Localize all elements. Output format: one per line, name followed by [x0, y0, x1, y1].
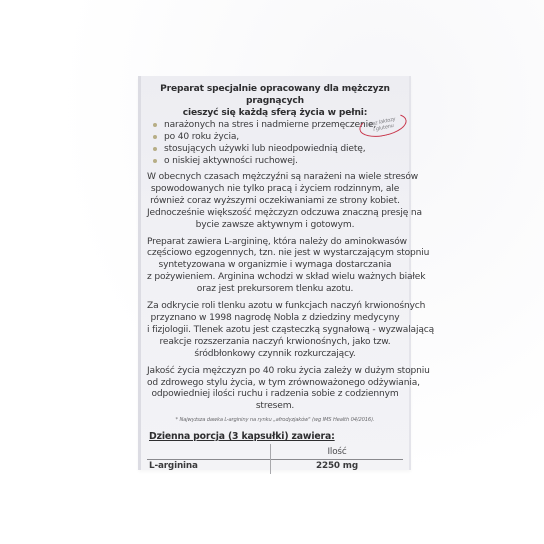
product-box-side-panel: Preparat specjalnie opracowany dla mężcz… — [138, 76, 411, 470]
paragraph-line: W obecnych czasach mężczyźni są narażeni… — [147, 172, 403, 184]
paragraph-stress: W obecnych czasach mężczyźni są narażeni… — [147, 172, 403, 232]
paragraph-line: Jednocześnie większość mężczyzn odczuwa … — [147, 208, 403, 220]
paragraph-line: oraz jest prekursorem tlenku azotu. — [147, 284, 403, 296]
list-item: stosujących używki lub nieodpowiednią di… — [150, 143, 403, 155]
column-header-amount: Ilość — [271, 447, 403, 459]
paragraph-nobel: Za odkrycie roli tlenku azotu w funkcjac… — [147, 301, 403, 361]
paragraph-line: syntetyzowana w organizmie i wymaga dost… — [147, 260, 403, 272]
ingredient-amount: 2250 mg — [271, 461, 403, 473]
paragraph-line: Za odkrycie roli tlenku azotu w funkcjac… — [147, 301, 403, 313]
paragraph-line: śródbłonkowy czynnik rozkurczający. — [147, 349, 403, 361]
paragraph-line: odpowiedniej ilości ruchu i radzenia sob… — [147, 389, 403, 401]
daily-dose-heading: Dzienna porcja (3 kapsułki) zawiera: — [147, 431, 403, 443]
paragraph-line: z pożywieniem. Arginina wchodzi w skład … — [147, 272, 403, 284]
paragraph-line: od zdrowego stylu życia, w tym zrównoważ… — [147, 378, 403, 390]
intro-line: cieszyć się każdą sferą życia w pełni: — [147, 107, 403, 119]
panel-content: Preparat specjalnie opracowany dla mężcz… — [147, 83, 403, 476]
paragraph-quality-of-life: Jakość życia mężczyzn po 40 roku życia z… — [147, 366, 403, 414]
intro-heading: Preparat specjalnie opracowany dla mężcz… — [147, 83, 403, 119]
ingredients-table: Ilość L-arginina 2250 mg — [147, 446, 403, 476]
paragraph-line: przyznano w 1998 nagrodę Nobla z dziedzi… — [147, 313, 403, 325]
footnote: * Najwyższa dawka L-argininy na rynku „a… — [147, 415, 403, 427]
paragraph-line: bycie zawsze aktywnym i gotowym. — [147, 220, 403, 232]
paragraph-line: częściowo egzogennych, tzn. nie jest w w… — [147, 248, 403, 260]
intro-line: Preparat specjalnie opracowany dla mężcz… — [147, 83, 403, 107]
paragraph-line: i fizjologii. Tlenek azotu jest cząstecz… — [147, 325, 403, 337]
list-item: o niskiej aktywności ruchowej. — [150, 155, 403, 167]
table-divider-horizontal — [147, 459, 403, 460]
paragraph-line: stresem. — [147, 401, 403, 413]
paragraph-arginine: Preparat zawiera L-argininę, która należ… — [147, 237, 403, 297]
paragraph-line: Jakość życia mężczyzn po 40 roku życia z… — [147, 366, 403, 378]
paragraph-line: spowodowanych nie tylko pracą i życiem r… — [147, 184, 403, 196]
paragraph-line: reakcje rozszerzania naczyń krwionośnych… — [147, 337, 403, 349]
paragraph-line: również coraz wyższymi oczekiwaniami ze … — [147, 196, 403, 208]
paragraph-line: Preparat zawiera L-argininę, która należ… — [147, 237, 403, 249]
ingredient-name: L-arginina — [149, 461, 198, 473]
